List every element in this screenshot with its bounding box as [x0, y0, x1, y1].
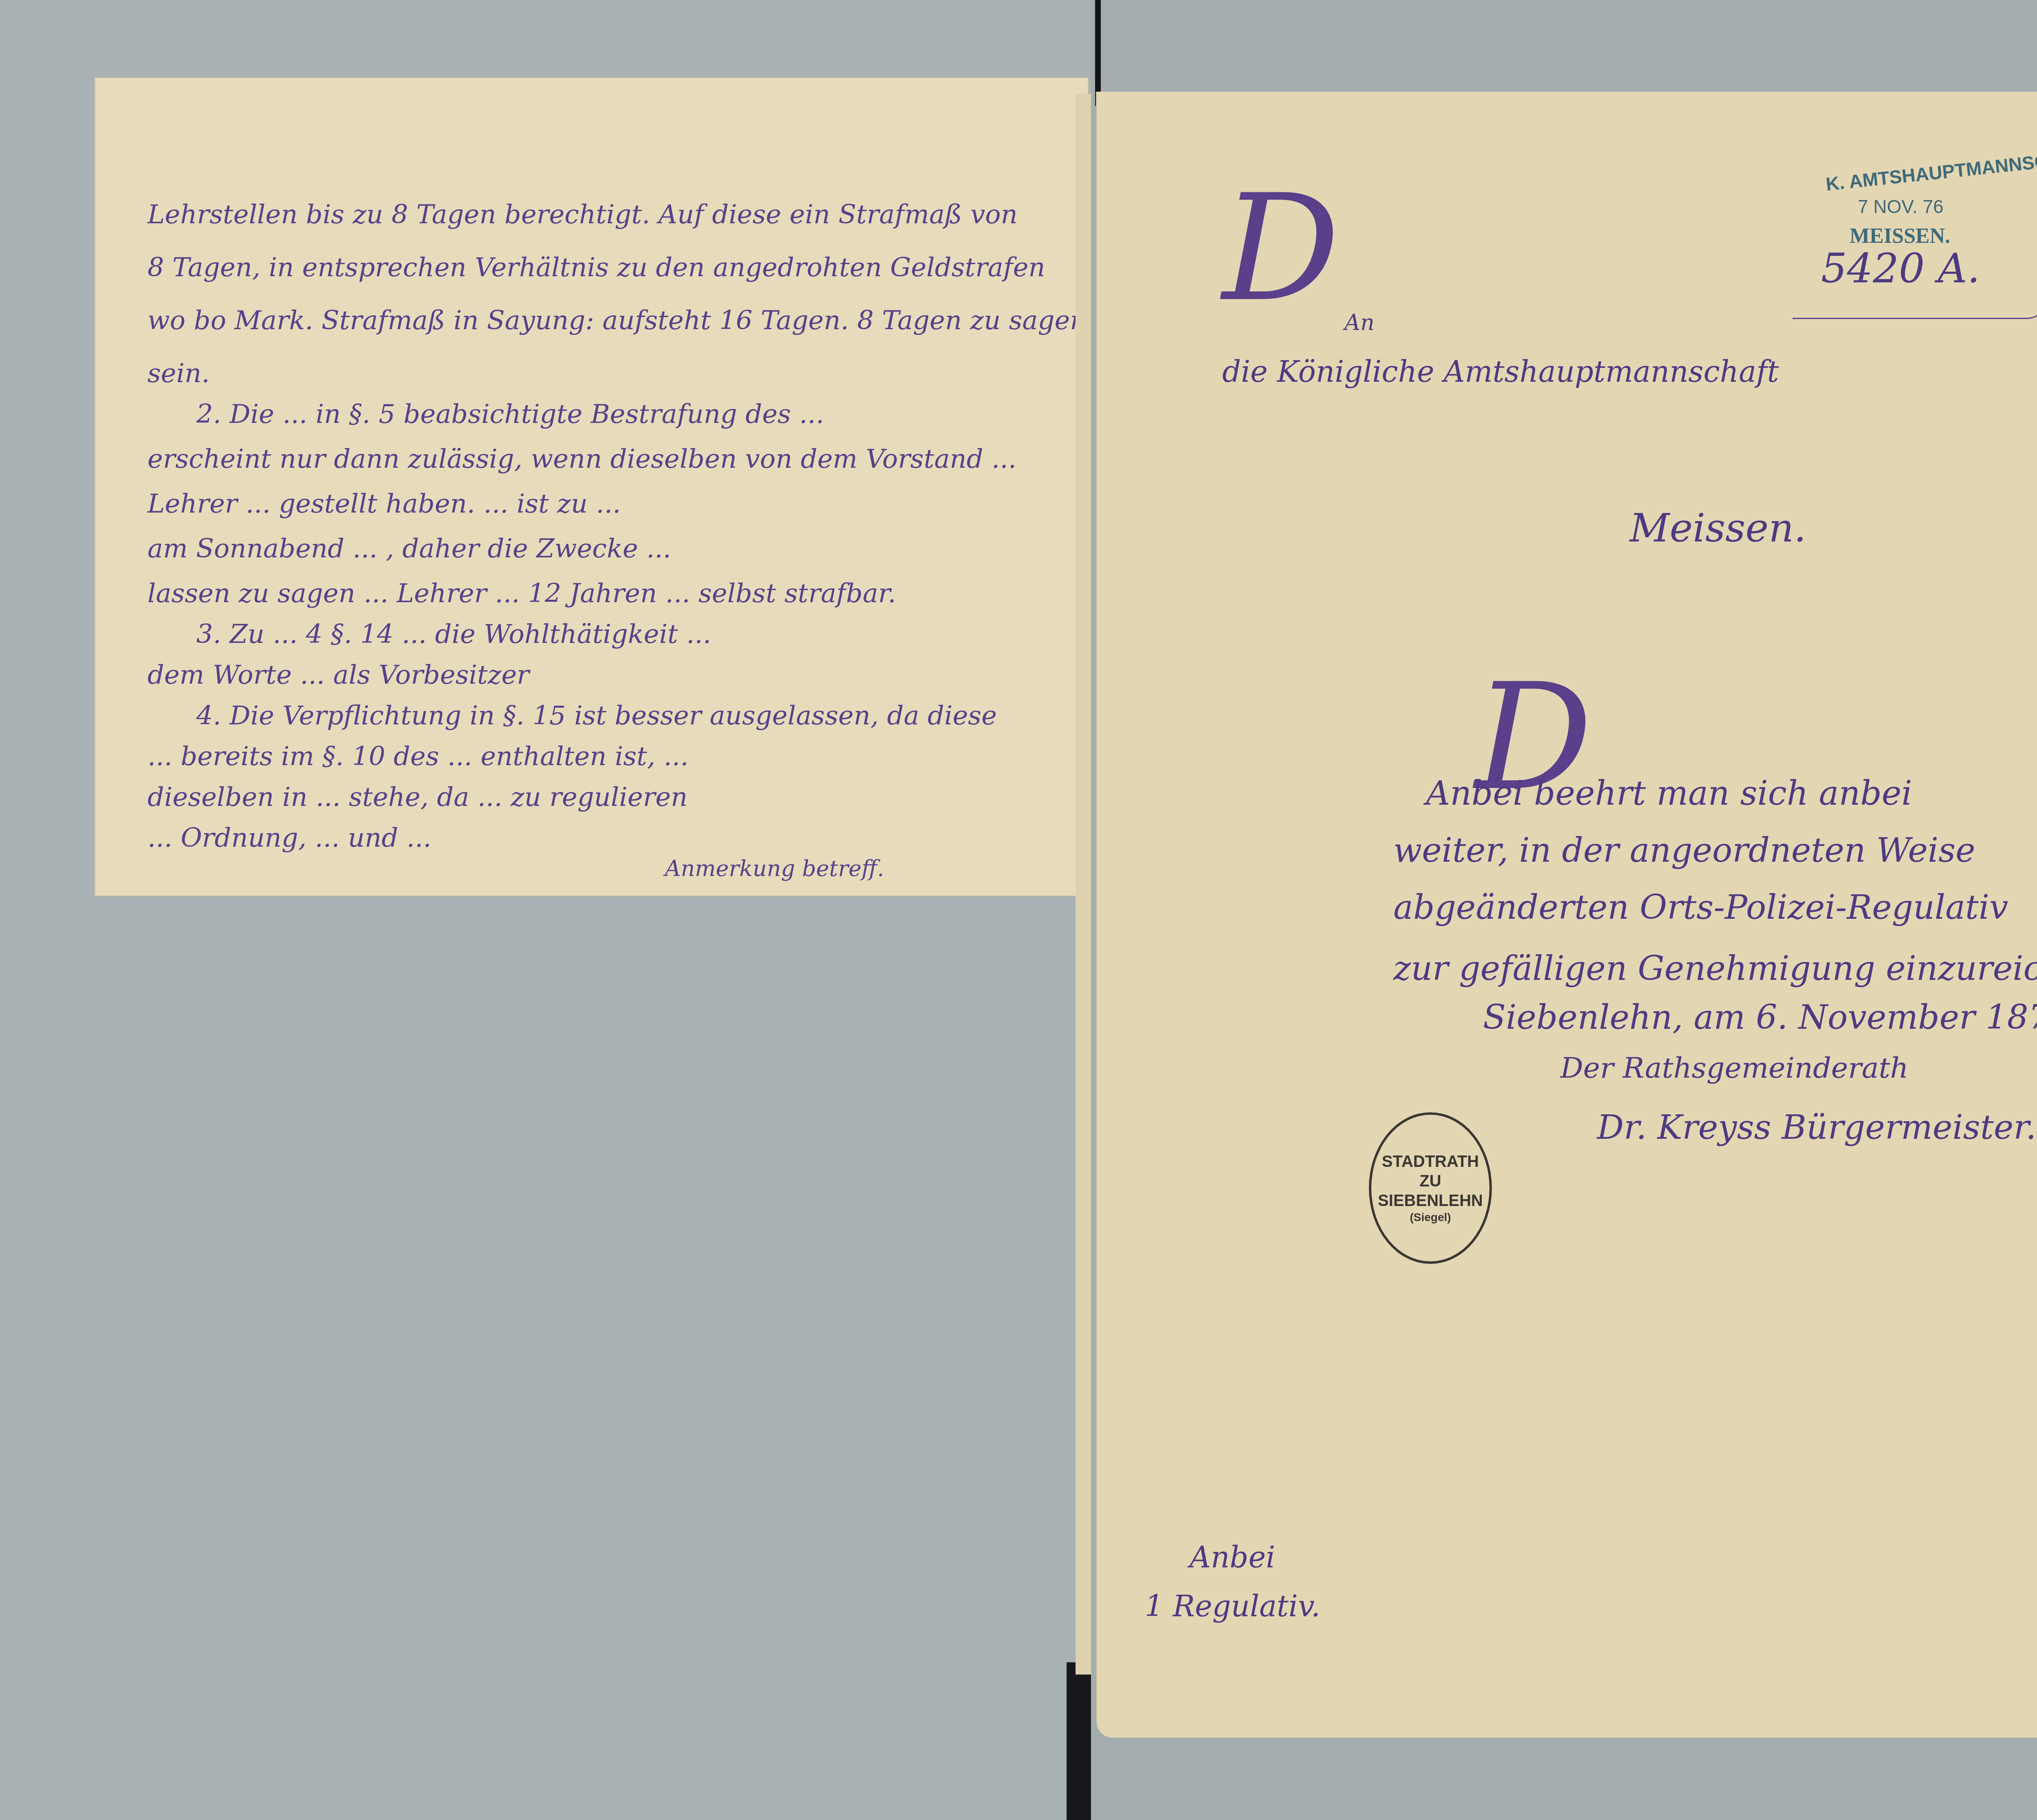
left-line-1: Lehrstellen bis zu 8 Tagen berechtigt. A…	[147, 200, 1018, 230]
addressee-initial: D	[1222, 163, 1340, 334]
left-line-6: erscheint nur dann zulässig, wenn diesel…	[147, 444, 1016, 474]
stamp-date: 7 NOV. 76	[1858, 196, 1944, 218]
seal-line-1: STADTRATH	[1382, 1152, 1479, 1171]
left-line-16: Anmerkung betreff.	[665, 856, 884, 881]
body-line-1: Anbei beehrt man sich anbei	[1426, 774, 1912, 813]
left-line-12: 4. Die Verpflichtung in §. 15 ist besser…	[196, 701, 997, 731]
left-line-15: ... Ordnung, ... und ...	[147, 823, 431, 853]
addressee: die Königliche Amtshauptmannschaft	[1222, 354, 1779, 389]
addressee-city: Meissen.	[1630, 505, 1806, 551]
reference-underline-loop	[1793, 261, 2037, 319]
body-line-3: abgeänderten Orts-Polizei-Regulativ	[1393, 888, 2008, 927]
body-line-2: weiter, in der angeordneten Weise	[1393, 831, 1975, 870]
left-line-9: lassen zu sagen ... Lehrer ... 12 Jahren…	[147, 579, 896, 609]
addressee-prefix: An	[1344, 310, 1375, 335]
page-stub	[1076, 94, 1092, 1675]
signature: Dr. Kreyss Bürgermeister.	[1597, 1108, 2036, 1147]
seal-line-4: (Siegel)	[1410, 1210, 1451, 1224]
binding-gap	[1095, 0, 1101, 106]
left-line-10: 3. Zu ... 4 §. 14 ... die Wohlthätigkeit…	[196, 619, 711, 649]
left-line-5: 2. Die ... in §. 5 beabsichtigte Bestraf…	[196, 399, 824, 429]
binding-gap-bottom	[1067, 1662, 1091, 1820]
seal-line-2: ZU	[1419, 1171, 1441, 1191]
left-line-3: wo bo Mark. Strafmaß in Sayung: aufsteht…	[147, 306, 1087, 336]
left-line-11: dem Worte ... als Vorbesitzer	[147, 660, 529, 690]
seal-stamp-siebenlehn: STADTRATH ZU SIEBENLEHN (Siegel)	[1369, 1112, 1492, 1264]
left-handwritten-sheet: Lehrstellen bis zu 8 Tagen berechtigt. A…	[95, 77, 1089, 896]
left-line-8: am Sonnabend ... , daher die Zwecke ...	[147, 534, 671, 564]
left-line-4: sein.	[147, 359, 210, 389]
left-line-7: Lehrer ... gestellt haben. ... ist zu ..…	[147, 489, 621, 519]
enclosure-line-1: Anbei	[1190, 1540, 1275, 1574]
enclosure-line-2: 1 Regulativ.	[1145, 1589, 1320, 1623]
left-line-14: dieselben in ... stehe, da ... zu reguli…	[147, 782, 688, 812]
signature-title: Der Rathsgemeinderath	[1560, 1051, 1909, 1085]
body-line-4: zur gefälligen Genehmigung einzureichen.	[1393, 949, 2037, 988]
place-date: Siebenlehn, am 6. November 1876.	[1483, 998, 2037, 1037]
seal-line-3: SIEBENLEHN	[1378, 1191, 1483, 1210]
left-line-13: ... bereits im §. 10 des ... enthalten i…	[147, 742, 689, 772]
left-line-2: 8 Tagen, in entsprechen Verhältnis zu de…	[147, 253, 1045, 283]
